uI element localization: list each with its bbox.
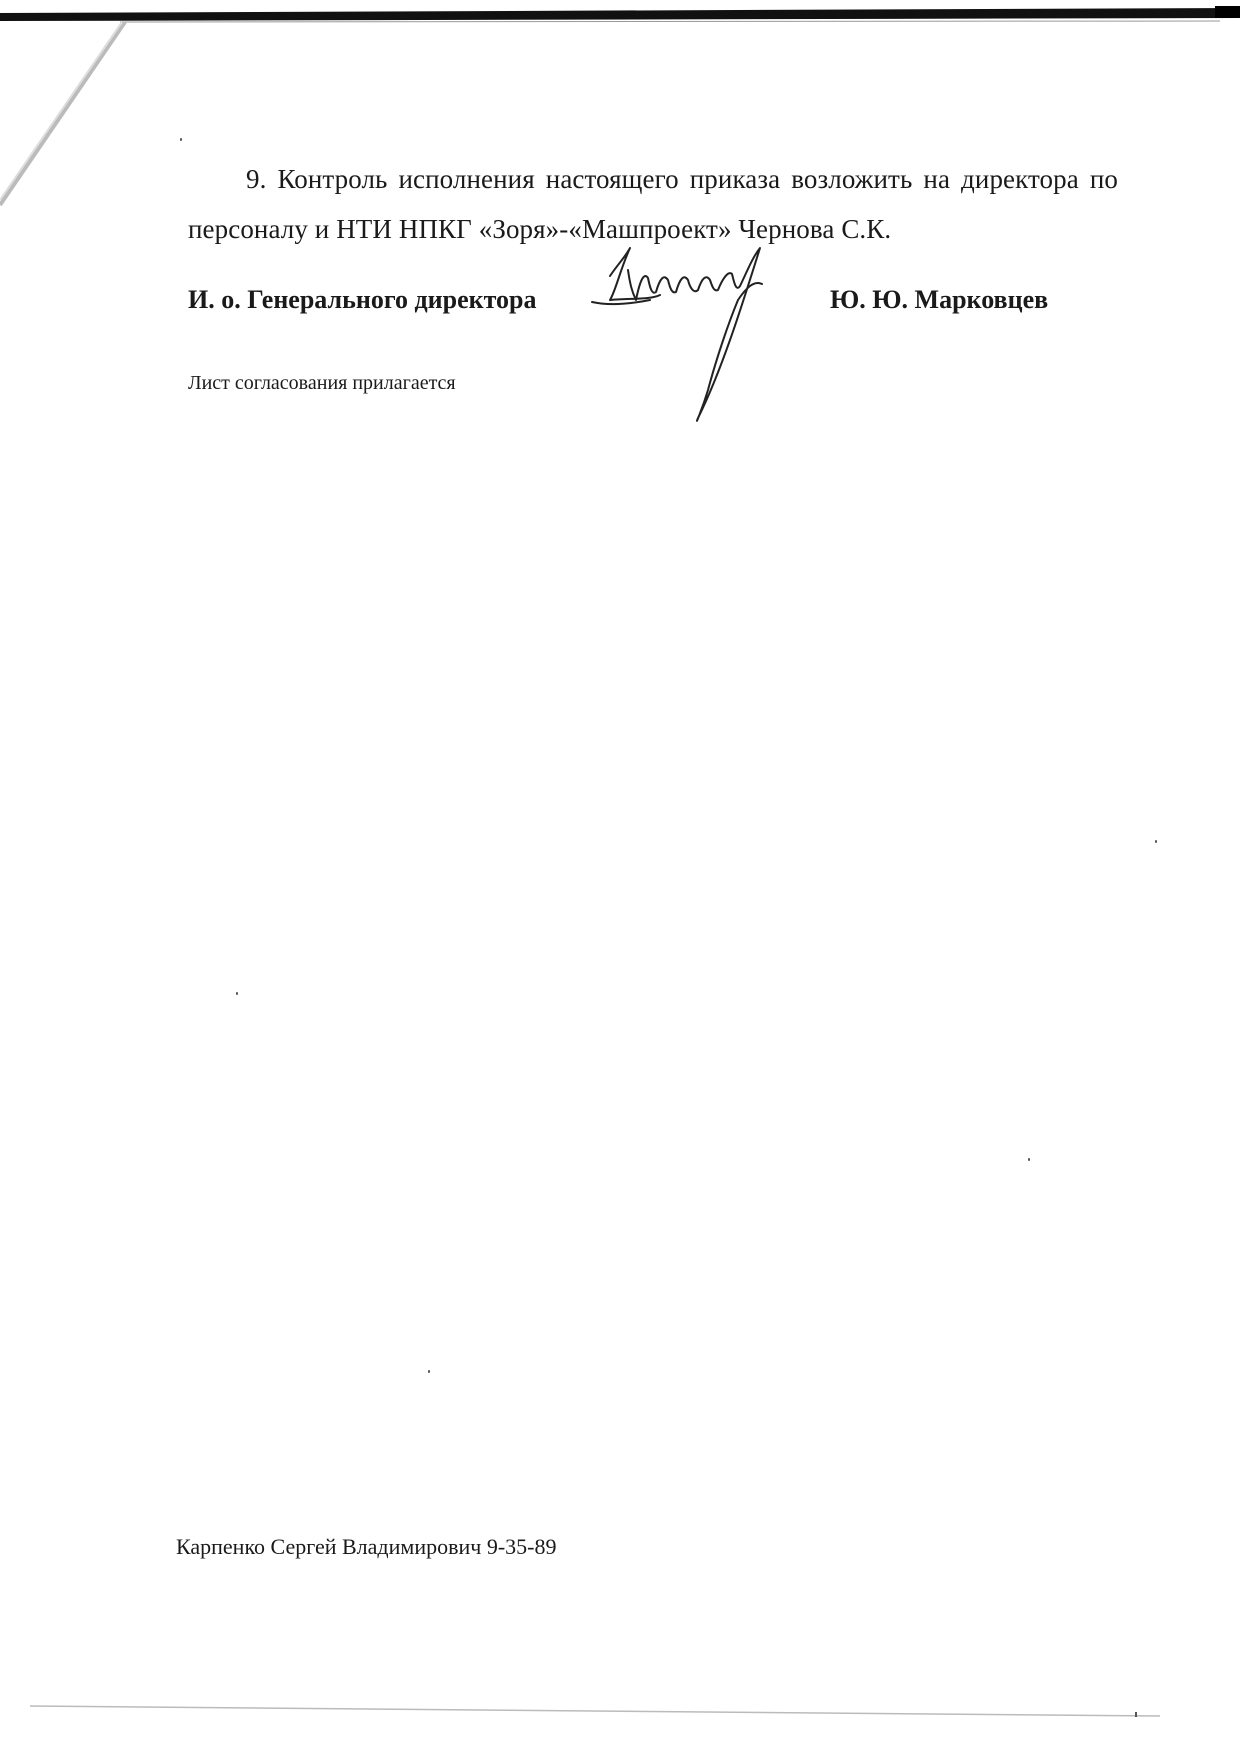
scan-speck: [180, 138, 182, 141]
signer-name: Ю. Ю. Марковцев: [830, 285, 1048, 315]
signer-title: И. о. Генерального директора: [188, 285, 537, 315]
scan-crease: [0, 0, 140, 220]
approval-note: Лист согласования прилагается: [188, 372, 456, 395]
scan-speck: [1028, 1158, 1030, 1161]
scan-speck: [428, 1370, 430, 1373]
scan-speck: [1155, 840, 1157, 843]
scan-speck: [236, 992, 238, 995]
scan-top-edge: [0, 0, 1240, 30]
scan-bottom-edge: [0, 1700, 1240, 1730]
executor-contact: Карпенко Сергей Владимирович 9-35-89: [176, 1534, 556, 1560]
handwritten-signature: [590, 240, 800, 440]
paragraph-9: 9. Контроль исполнения настоящего приказ…: [188, 154, 1118, 254]
